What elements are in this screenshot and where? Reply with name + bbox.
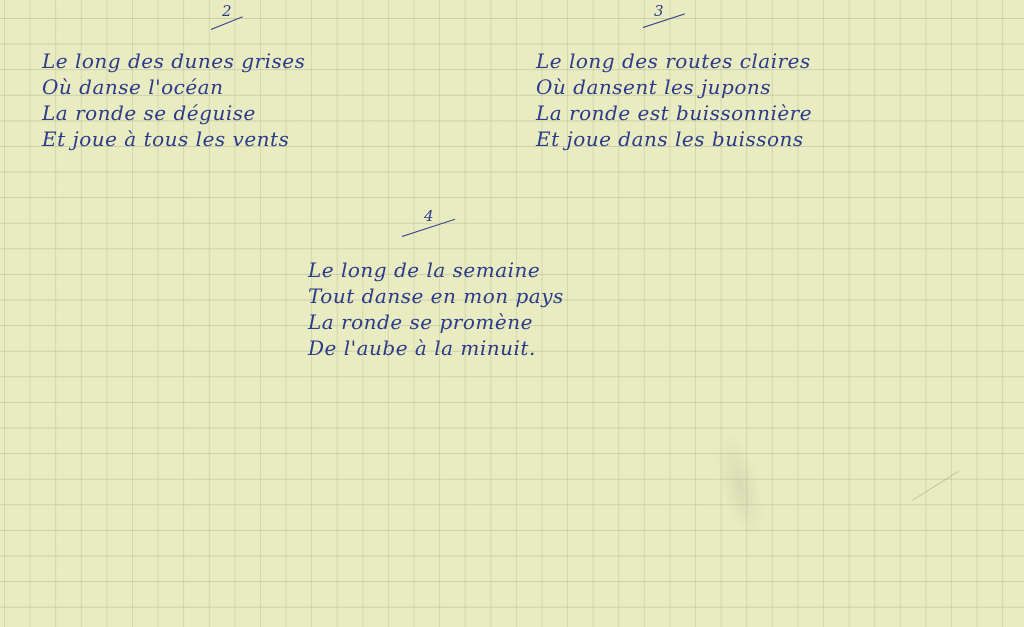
stanza-4: Le long de la semaine Tout danse en mon … (308, 257, 564, 361)
stanza-number: 2 (222, 2, 232, 20)
verse-line: Tout danse en mon pays (308, 283, 564, 309)
paper-stain (706, 427, 773, 544)
verse-line: De l'aube à la minuit. (308, 335, 564, 361)
verse-line: Le long des routes claires (536, 48, 812, 74)
stanza-2: Le long des dunes grises Où danse l'océa… (42, 48, 305, 152)
pencil-mark (912, 471, 959, 501)
verse-line: Et joue à tous les vents (42, 126, 305, 152)
verse-line: La ronde est buissonnière (536, 100, 812, 126)
verse-line: Et joue dans les buissons (536, 126, 812, 152)
stanza-number: 3 (654, 2, 664, 20)
verse-line: La ronde se promène (308, 309, 564, 335)
stanza-3: Le long des routes claires Où dansent le… (536, 48, 812, 152)
stanza-number: 4 (424, 207, 434, 225)
number-underline (643, 13, 685, 28)
verse-line: Où danse l'océan (42, 74, 305, 100)
verse-line: Le long de la semaine (308, 257, 564, 283)
verse-line: Où dansent les jupons (536, 74, 812, 100)
verse-line: La ronde se déguise (42, 100, 305, 126)
verse-line: Le long des dunes grises (42, 48, 305, 74)
